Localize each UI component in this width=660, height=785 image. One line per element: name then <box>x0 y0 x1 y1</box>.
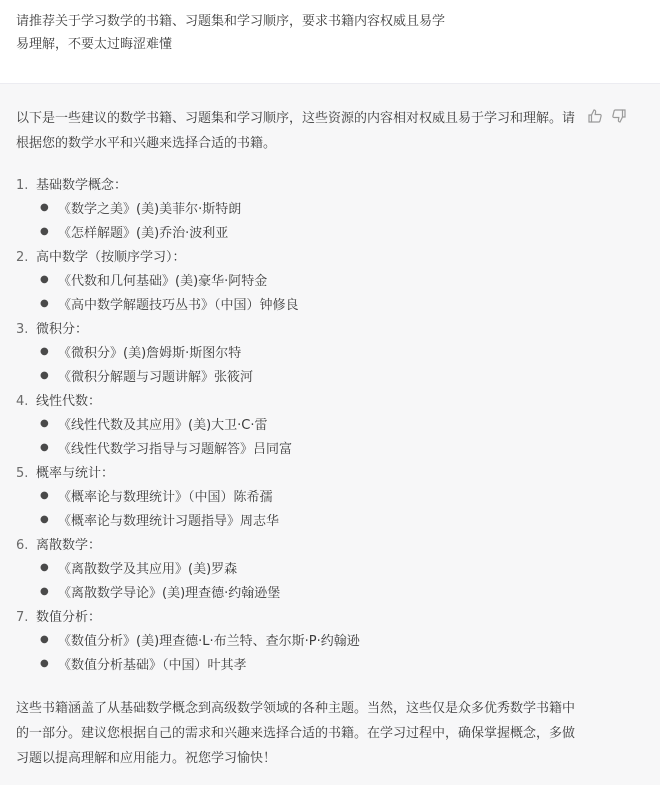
book-item: ●《离散数学导论》(美)理查德·约翰逊堡 <box>40 582 576 606</box>
section-title: 数值分析： <box>36 606 101 630</box>
section-item: 6. 离散数学： ●《离散数学及其应用》(美)罗森 ●《离散数学导论》(美)理查… <box>16 534 576 606</box>
book-text: 《微积分》(美)詹姆斯·斯图尔特 <box>58 342 241 366</box>
outro-paragraph: 这些书籍涵盖了从基础数学概念到高级数学领域的各种主题。当然，这些仅是众多优秀数学… <box>16 696 576 771</box>
section-number: 5. <box>16 462 36 486</box>
book-text: 《离散数学及其应用》(美)罗森 <box>58 558 237 582</box>
intro-paragraph: 以下是一些建议的数学书籍、习题集和学习顺序，这些资源的内容相对权威且易于学习和理… <box>16 106 576 156</box>
section-title: 微积分： <box>36 318 88 342</box>
thumbs-down-icon[interactable] <box>611 108 627 124</box>
book-text: 《微积分解题与习题讲解》张筱河 <box>58 366 253 390</box>
section-number: 6. <box>16 534 36 558</box>
book-item: ●《离散数学及其应用》(美)罗森 <box>40 558 576 582</box>
bullet-icon: ● <box>40 654 58 678</box>
book-text: 《线性代数及其应用》(美)大卫·C·雷 <box>58 414 268 438</box>
section-title: 概率与统计： <box>36 462 114 486</box>
bullet-icon: ● <box>40 222 58 246</box>
user-message: 请推荐关于学习数学的书籍、习题集和学习顺序，要求书籍内容权威且易学易理解，不要太… <box>0 0 660 83</box>
book-text: 《概率论与数理统计》（中国）陈希孺 <box>58 486 273 510</box>
book-text: 《怎样解题》(美)乔治·波利亚 <box>58 222 228 246</box>
bullet-icon: ● <box>40 198 58 222</box>
section-number: 2. <box>16 246 36 270</box>
book-item: ●《数值分析》(美)理查德·L·布兰特、查尔斯·P·约翰逊 <box>40 630 576 654</box>
bullet-icon: ● <box>40 270 58 294</box>
section-item: 7. 数值分析： ●《数值分析》(美)理查德·L·布兰特、查尔斯·P·约翰逊 ●… <box>16 606 576 678</box>
user-message-text: 请推荐关于学习数学的书籍、习题集和学习顺序，要求书籍内容权威且易学易理解，不要太… <box>16 10 456 56</box>
section-number: 3. <box>16 318 36 342</box>
section-item: 5. 概率与统计： ●《概率论与数理统计》（中国）陈希孺 ●《概率论与数理统计习… <box>16 462 576 534</box>
book-item: ●《概率论与数理统计》（中国）陈希孺 <box>40 486 576 510</box>
section-title: 离散数学： <box>36 534 101 558</box>
book-text: 《概率论与数理统计习题指导》周志华 <box>58 510 279 534</box>
assistant-message: 以下是一些建议的数学书籍、习题集和学习顺序，这些资源的内容相对权威且易于学习和理… <box>0 83 660 785</box>
book-text: 《数学之美》(美)美菲尔·斯特朗 <box>58 198 241 222</box>
assistant-message-body: 以下是一些建议的数学书籍、习题集和学习顺序，这些资源的内容相对权威且易于学习和理… <box>16 106 576 771</box>
book-item: ●《数学之美》(美)美菲尔·斯特朗 <box>40 198 576 222</box>
book-text: 《数值分析基础》（中国）叶其孝 <box>58 654 247 678</box>
bullet-icon: ● <box>40 558 58 582</box>
book-item: ●《微积分》(美)詹姆斯·斯图尔特 <box>40 342 576 366</box>
book-item: ●《代数和几何基础》(美)豪华·阿特金 <box>40 270 576 294</box>
book-item: ●《怎样解题》(美)乔治·波利亚 <box>40 222 576 246</box>
section-item: 3. 微积分： ●《微积分》(美)詹姆斯·斯图尔特 ●《微积分解题与习题讲解》张… <box>16 318 576 390</box>
section-item: 1. 基础数学概念： ●《数学之美》(美)美菲尔·斯特朗 ●《怎样解题》(美)乔… <box>16 174 576 246</box>
book-text: 《离散数学导论》(美)理查德·约翰逊堡 <box>58 582 280 606</box>
bullet-icon: ● <box>40 582 58 606</box>
section-title: 基础数学概念： <box>36 174 127 198</box>
section-number: 1. <box>16 174 36 198</box>
section-item: 4. 线性代数： ●《线性代数及其应用》(美)大卫·C·雷 ●《线性代数学习指导… <box>16 390 576 462</box>
bullet-icon: ● <box>40 342 58 366</box>
section-number: 7. <box>16 606 36 630</box>
book-text: 《高中数学解题技巧丛书》（中国）钟修良 <box>58 294 299 318</box>
book-item: ●《概率论与数理统计习题指导》周志华 <box>40 510 576 534</box>
bullet-icon: ● <box>40 630 58 654</box>
section-list: 1. 基础数学概念： ●《数学之美》(美)美菲尔·斯特朗 ●《怎样解题》(美)乔… <box>16 174 576 678</box>
book-text: 《线性代数学习指导与习题解答》吕同富 <box>58 438 292 462</box>
bullet-icon: ● <box>40 366 58 390</box>
section-title: 高中数学（按顺序学习）： <box>36 246 186 270</box>
bullet-icon: ● <box>40 510 58 534</box>
bullet-icon: ● <box>40 486 58 510</box>
feedback-buttons <box>587 108 627 124</box>
bullet-icon: ● <box>40 438 58 462</box>
book-item: ●《线性代数及其应用》(美)大卫·C·雷 <box>40 414 576 438</box>
bullet-icon: ● <box>40 414 58 438</box>
section-title: 线性代数： <box>36 390 101 414</box>
section-item: 2. 高中数学（按顺序学习）： ●《代数和几何基础》(美)豪华·阿特金 ●《高中… <box>16 246 576 318</box>
book-item: ●《微积分解题与习题讲解》张筱河 <box>40 366 576 390</box>
book-item: ●《线性代数学习指导与习题解答》吕同富 <box>40 438 576 462</box>
book-text: 《数值分析》(美)理查德·L·布兰特、查尔斯·P·约翰逊 <box>58 630 360 654</box>
section-number: 4. <box>16 390 36 414</box>
thumbs-up-icon[interactable] <box>587 108 603 124</box>
book-text: 《代数和几何基础》(美)豪华·阿特金 <box>58 270 267 294</box>
bullet-icon: ● <box>40 294 58 318</box>
book-item: ●《高中数学解题技巧丛书》（中国）钟修良 <box>40 294 576 318</box>
book-item: ●《数值分析基础》（中国）叶其孝 <box>40 654 576 678</box>
